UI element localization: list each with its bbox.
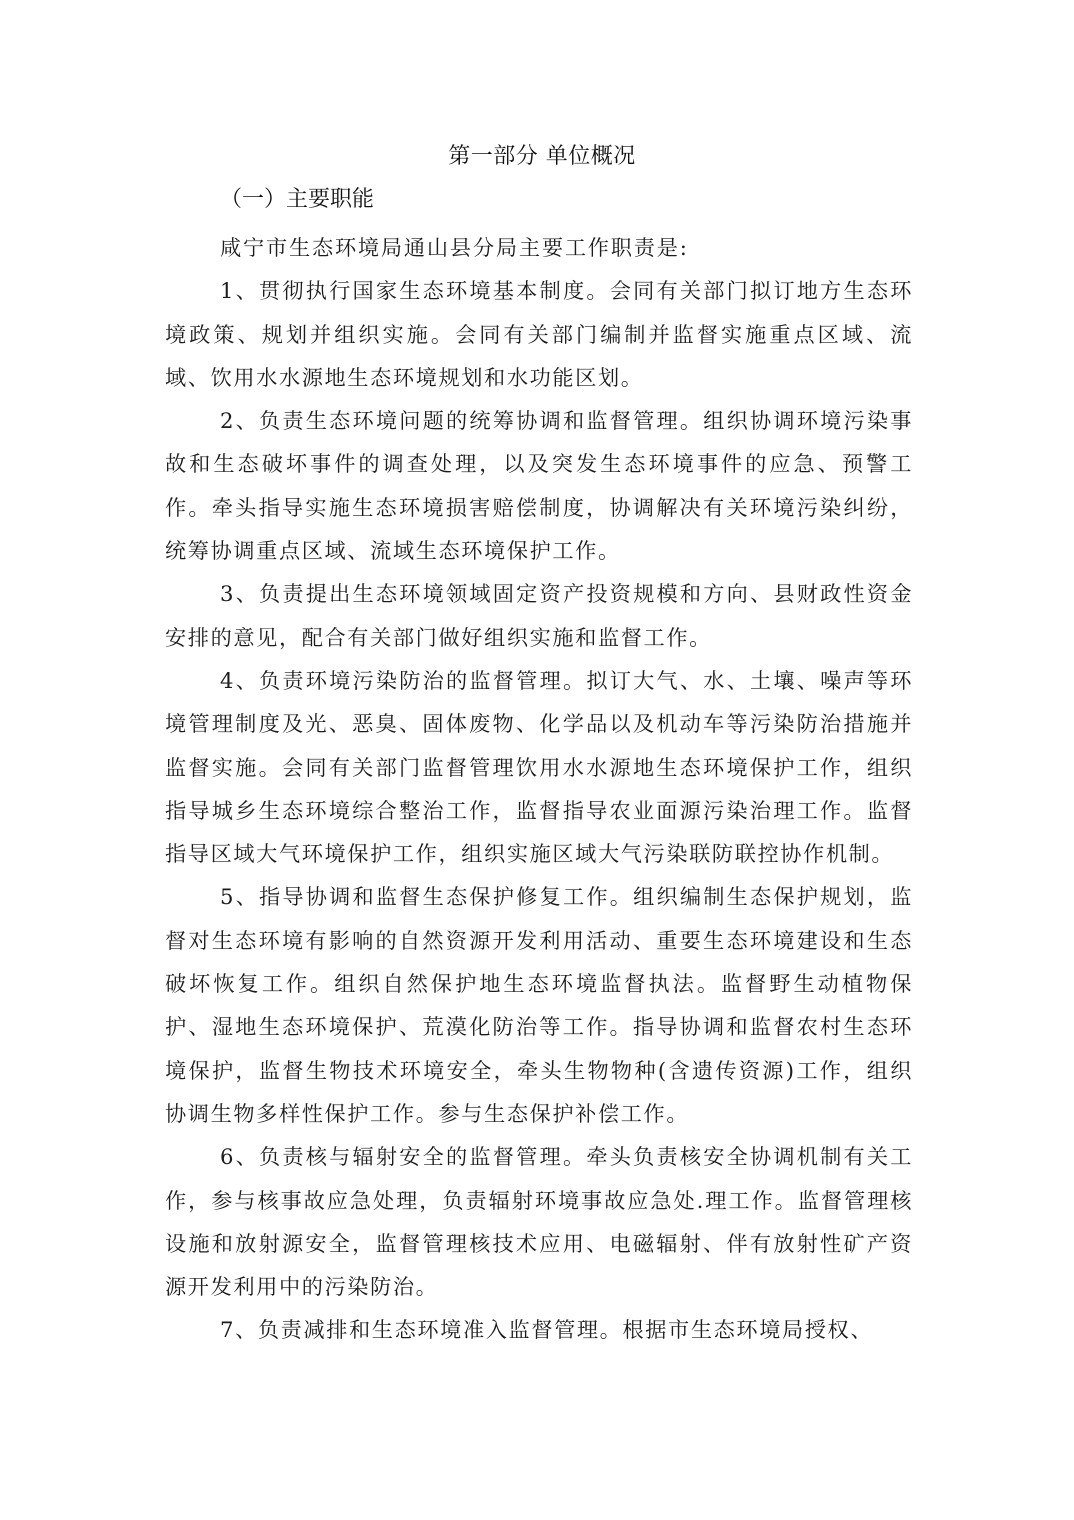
document-page: 第一部分 单位概况 （一）主要职能 咸宁市生态环境局通山县分局主要工作职责是: … [0,0,1074,1520]
duty-paragraph-5: 5、指导协调和监督生态保护修复工作。组织编制生态保护规划，监督对生态环境有影响的… [165,875,913,1135]
duty-paragraph-3: 3、负责提出生态环境领域固定资产投资规模和方向、县财政性资金安排的意见，配合有关… [165,572,913,659]
duty-paragraph-1: 1、贯彻执行国家生态环境基本制度。会同有关部门拟订地方生态环境政策、规划并组织实… [165,269,913,399]
intro-paragraph: 咸宁市生态环境局通山县分局主要工作职责是: [165,226,913,269]
duty-paragraph-4: 4、负责环境污染防治的监督管理。拟订大气、水、土壤、噪声等环境管理制度及光、恶臭… [165,659,913,875]
duty-paragraph-2: 2、负责生态环境问题的统筹协调和监督管理。组织协调环境污染事故和生态破坏事件的调… [165,399,913,572]
duty-paragraph-6: 6、负责核与辐射安全的监督管理。牵头负责核安全协调机制有关工作，参与核事故应急处… [165,1135,913,1308]
duty-paragraph-7: 7、负责减排和生态环境准入监督管理。根据市生态环境局授权、 [165,1308,913,1351]
page-title: 第一部分 单位概况 [0,140,1074,174]
section-heading: （一）主要职能 [220,183,374,217]
document-body: 咸宁市生态环境局通山县分局主要工作职责是: 1、贯彻执行国家生态环境基本制度。会… [165,226,913,1352]
